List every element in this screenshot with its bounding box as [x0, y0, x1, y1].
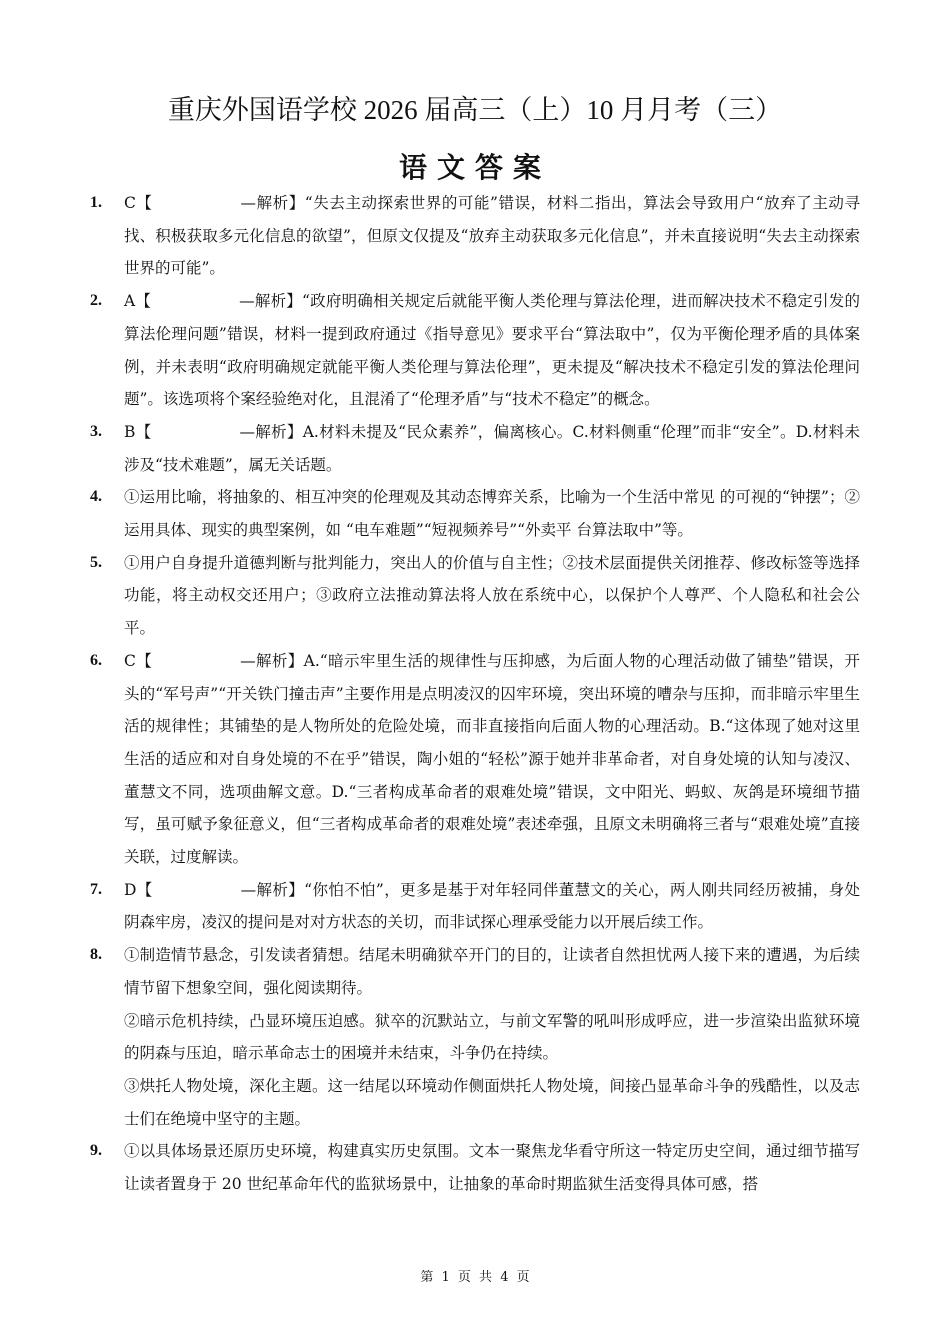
- analysis-tag: —解析】: [241, 881, 304, 899]
- answer-sheet-page: 重庆外国语学校 2026 届高三（上）10 月月考（三） 语文答案 1. C【—…: [0, 0, 950, 1343]
- analysis-text: “你怕不怕”，更多是基于对年轻同伴董慧文的关心，两人刚共同经历被捕，身处阴森牢房…: [124, 881, 860, 932]
- answer-text: ①以具体场景还原历史环境，构建真实历史氛围。文本一聚焦龙华看守所这一特定历史空间…: [124, 1135, 860, 1200]
- document-title: 重庆外国语学校 2026 届高三（上）10 月月考（三）: [0, 88, 950, 127]
- analysis-text: “失去主动探索世界的可能”错误，材料二指出，算法会导致用户“放弃了主动寻找、积极…: [124, 194, 860, 277]
- answer-choice: D【: [124, 881, 153, 899]
- answer-choice: A【: [124, 292, 151, 310]
- question-number: 2.: [90, 285, 102, 318]
- analysis-text: A.“暗示牢里生活的规律性与压抑感，为后面人物的心理活动做了铺垫”错误，开头的“…: [124, 652, 860, 866]
- question-number: 4.: [90, 481, 102, 514]
- answer-item-1: 1. C【—解析】“失去主动探索世界的可能”错误，材料二指出，算法会导致用户“放…: [90, 187, 860, 285]
- question-number: 3.: [90, 416, 102, 449]
- analysis-text: “政府明确相关规定后就能平衡人类伦理与算法伦理，进而解决技术不稳定引发的算法伦理…: [124, 292, 860, 408]
- document-subtitle: 语文答案: [0, 146, 950, 186]
- answer-paragraph-2: ②暗示危机持续，凸显环境压迫感。狱卒的沉默站立，与前文军警的吼叫形成呼应，进一步…: [124, 1005, 860, 1070]
- question-number: 6.: [90, 645, 102, 678]
- answer-text: C【—解析】A.“暗示牢里生活的规律性与压抑感，为后面人物的心理活动做了铺垫”错…: [124, 645, 860, 874]
- answer-text: D【—解析】“你怕不怕”，更多是基于对年轻同伴董慧文的关心，两人刚共同经历被捕，…: [124, 874, 860, 939]
- answer-item-6: 6. C【—解析】A.“暗示牢里生活的规律性与压抑感，为后面人物的心理活动做了铺…: [90, 645, 860, 874]
- question-number: 1.: [90, 187, 102, 220]
- answer-choice: C【: [124, 652, 152, 670]
- answer-choice: C【: [124, 194, 153, 212]
- answer-item-5: 5. ①用户自身提升道德判断与批判能力，突出人的价值与自主性；②技术层面提供关闭…: [90, 547, 860, 645]
- question-number: 9.: [90, 1135, 102, 1168]
- analysis-tag: —解析】: [239, 292, 302, 310]
- analysis-tag: —解析】: [241, 194, 305, 212]
- answer-paragraph-1: ①制造情节悬念，引发读者猜想。结尾未明确狱卒开门的目的，让读者自然担忧两人接下来…: [124, 939, 860, 1004]
- answer-text: ①运用比喻，将抽象的、相互冲突的伦理观及其动态博弈关系，比喻为一个生活中常见 的…: [124, 481, 860, 546]
- question-number: 7.: [90, 874, 102, 907]
- answer-text: B【—解析】A.材料未提及“民众素养”，偏离核心。C.材料侧重“伦理”而非“安全…: [124, 416, 860, 481]
- answer-item-3: 3. B【—解析】A.材料未提及“民众素养”，偏离核心。C.材料侧重“伦理”而非…: [90, 416, 860, 481]
- question-number: 5.: [90, 547, 102, 580]
- analysis-text: A.材料未提及“民众素养”，偏离核心。C.材料侧重“伦理”而非“安全”。D.材料…: [124, 423, 860, 474]
- answer-item-8: 8. ①制造情节悬念，引发读者猜想。结尾未明确狱卒开门的目的，让读者自然担忧两人…: [90, 939, 860, 1135]
- answer-item-9: 9. ①以具体场景还原历史环境，构建真实历史氛围。文本一聚焦龙华看守所这一特定历…: [90, 1135, 860, 1200]
- answer-paragraph-3: ③烘托人物处境，深化主题。这一结尾以环境动作侧面烘托人物处境，间接凸显革命斗争的…: [124, 1070, 860, 1135]
- analysis-tag: —解析】: [240, 423, 303, 441]
- answer-item-2: 2. A【—解析】“政府明确相关规定后就能平衡人类伦理与算法伦理，进而解决技术不…: [90, 285, 860, 416]
- answer-choice: B【: [124, 423, 152, 441]
- answer-item-4: 4. ①运用比喻，将抽象的、相互冲突的伦理观及其动态博弈关系，比喻为一个生活中常…: [90, 481, 860, 546]
- answer-item-7: 7. D【—解析】“你怕不怕”，更多是基于对年轻同伴董慧文的关心，两人刚共同经历…: [90, 874, 860, 939]
- page-footer: 第 1 页 共 4 页: [0, 1266, 950, 1285]
- answer-text: ①用户自身提升道德判断与批判能力，突出人的价值与自主性；②技术层面提供关闭推荐、…: [124, 547, 860, 645]
- answers-list: 1. C【—解析】“失去主动探索世界的可能”错误，材料二指出，算法会导致用户“放…: [90, 187, 860, 1201]
- answer-text: A【—解析】“政府明确相关规定后就能平衡人类伦理与算法伦理，进而解决技术不稳定引…: [124, 285, 860, 416]
- answer-text: C【—解析】“失去主动探索世界的可能”错误，材料二指出，算法会导致用户“放弃了主…: [124, 187, 860, 285]
- question-number: 8.: [90, 939, 102, 972]
- analysis-tag: —解析】: [240, 652, 304, 670]
